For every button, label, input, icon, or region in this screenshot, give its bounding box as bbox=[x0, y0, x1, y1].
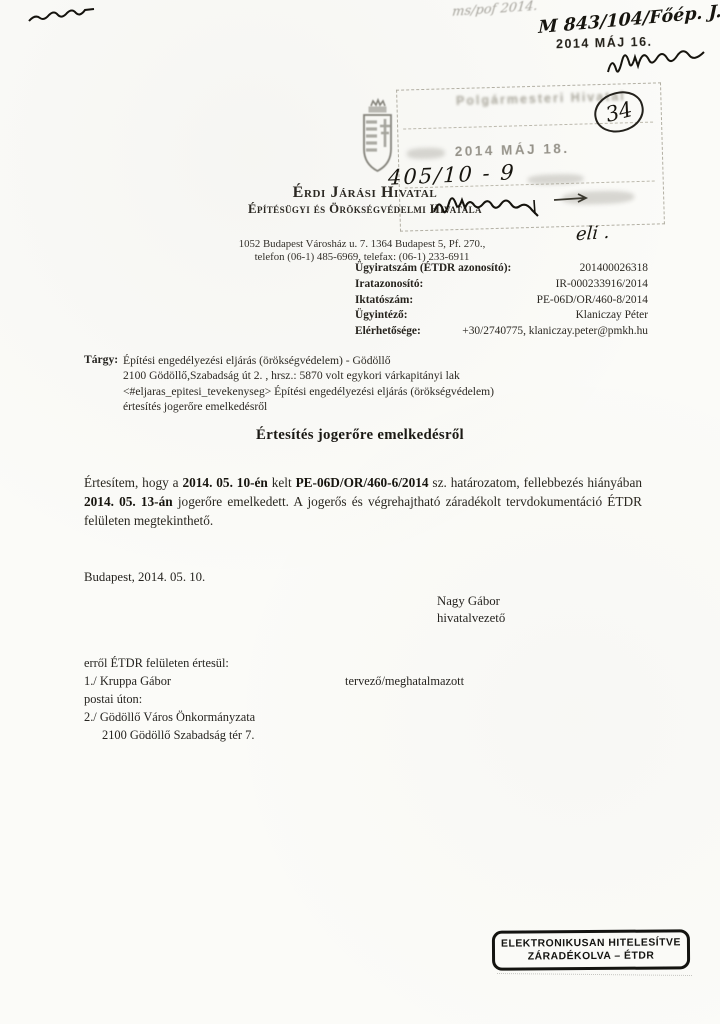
body-seg: Értesítem, hogy a bbox=[84, 475, 182, 490]
meta-row-iktatoszam: Iktatószám: PE-06D/OR/460-8/2014 bbox=[355, 294, 648, 310]
document-title: Értesítés jogerőre emelkedésről bbox=[0, 427, 720, 444]
subject-line-1: Építési engedélyezési eljárás (örökségvé… bbox=[123, 353, 523, 368]
received-stamp-date: 2014 MÁJ 18. bbox=[455, 141, 570, 159]
scan-artifact-line bbox=[497, 973, 692, 976]
meta-value: +30/2740775, klaniczay.peter@pmkh.hu bbox=[462, 325, 648, 341]
body-date-1: 2014. 05. 10-én bbox=[182, 475, 267, 490]
scanned-document-page: ms/pof 2014. M 843/104/Főép. J. 2014 MÁJ… bbox=[0, 0, 720, 1024]
signer-name: Nagy Gábor bbox=[437, 594, 500, 609]
cert-stamp-line-2: ZÁRADÉKOLVA – ÉTDR bbox=[499, 950, 683, 964]
office-address-line1: 1052 Budapest Városház u. 7. 1364 Budape… bbox=[2, 238, 720, 250]
meta-row-ugyintezo: Ügyintéző: Klaniczay Péter bbox=[355, 309, 648, 325]
meta-label: Elérhetősége: bbox=[355, 325, 421, 341]
pen-scribble-mark bbox=[26, 8, 98, 26]
subject-line-4: értesítés jogerőre emelkedésről bbox=[123, 399, 523, 414]
stamp-smudge-1 bbox=[407, 147, 445, 159]
office-name-line2: Építésügyi és Örökségvédelmi Hivatala bbox=[5, 202, 720, 217]
signature-top-right bbox=[604, 46, 708, 82]
handwritten-file-reference: M 843/104/Főép. J. bbox=[538, 2, 720, 38]
distribution-item-1: 1./ Kruppa Gábor bbox=[84, 674, 171, 689]
city-and-date: Budapest, 2014. 05. 10. bbox=[84, 570, 205, 585]
meta-value: IR-000233916/2014 bbox=[556, 278, 648, 294]
office-name-line1: Érdi Járási Hivatal bbox=[5, 184, 720, 202]
distribution-item-1-role: tervező/meghatalmazott bbox=[345, 674, 464, 689]
meta-value: Klaniczay Péter bbox=[576, 309, 648, 325]
pencil-note: ms/pof 2014. bbox=[451, 0, 538, 20]
meta-value: PE-06D/OR/460-8/2014 bbox=[537, 294, 648, 310]
distribution-item-2: 2./ Gödöllő Város Önkormányzata bbox=[84, 710, 255, 725]
body-date-2: 2014. 05. 13-án bbox=[84, 494, 173, 509]
body-decision-number: PE-06D/OR/460-6/2014 bbox=[296, 475, 429, 490]
meta-label: Iktatószám: bbox=[355, 294, 413, 310]
meta-row-ugyiratszam: Ügyiratszám (ÉTDR azonosító): 2014000263… bbox=[355, 262, 648, 278]
subject-lines: Építési engedélyezési eljárás (örökségvé… bbox=[123, 353, 523, 415]
meta-label: Iratazonosító: bbox=[355, 278, 423, 294]
meta-value: 201400026318 bbox=[580, 262, 648, 278]
meta-label: Ügyintéző: bbox=[355, 309, 408, 325]
cert-stamp-line-1: ELEKTRONIKUSAN HITELESÍTVE bbox=[499, 937, 683, 951]
subject-line-2: 2100 Gödöllő,Szabadság út 2. , hrsz.: 58… bbox=[123, 368, 523, 383]
distribution-postal-header: postai úton: bbox=[84, 692, 142, 707]
document-metadata: Ügyiratszám (ÉTDR azonosító): 2014000263… bbox=[355, 262, 648, 341]
subject-line-3: <#eljaras_epitesi_tevekenyseg> Építési e… bbox=[123, 384, 523, 399]
subject-label: Tárgy: bbox=[84, 353, 118, 366]
distribution-item-2-address: 2100 Gödöllő Szabadság tér 7. bbox=[102, 728, 254, 743]
meta-row-iratazonosito: Iratazonosító: IR-000233916/2014 bbox=[355, 278, 648, 294]
body-seg: sz. határozatom, fellebbezés hiányában bbox=[429, 475, 642, 490]
coat-of-arms-icon bbox=[356, 98, 400, 184]
meta-row-elerhetoseg: Elérhetősége: +30/2740775, klaniczay.pet… bbox=[355, 325, 648, 341]
body-paragraph: Értesítem, hogy a 2014. 05. 10-én kelt P… bbox=[84, 474, 642, 530]
body-seg: kelt bbox=[268, 475, 296, 490]
circled-number-value: 34 bbox=[603, 97, 635, 127]
distribution-etdr-header: erről ÉTDR felületen értesül: bbox=[84, 656, 229, 671]
signature-mid bbox=[430, 192, 548, 222]
signer-title: hivatalvezető bbox=[437, 611, 505, 626]
electronic-certification-stamp: ELEKTRONIKUSAN HITELESÍTVE ZÁRADÉKOLVA –… bbox=[492, 929, 690, 970]
meta-label: Ügyiratszám (ÉTDR azonosító): bbox=[355, 262, 511, 278]
